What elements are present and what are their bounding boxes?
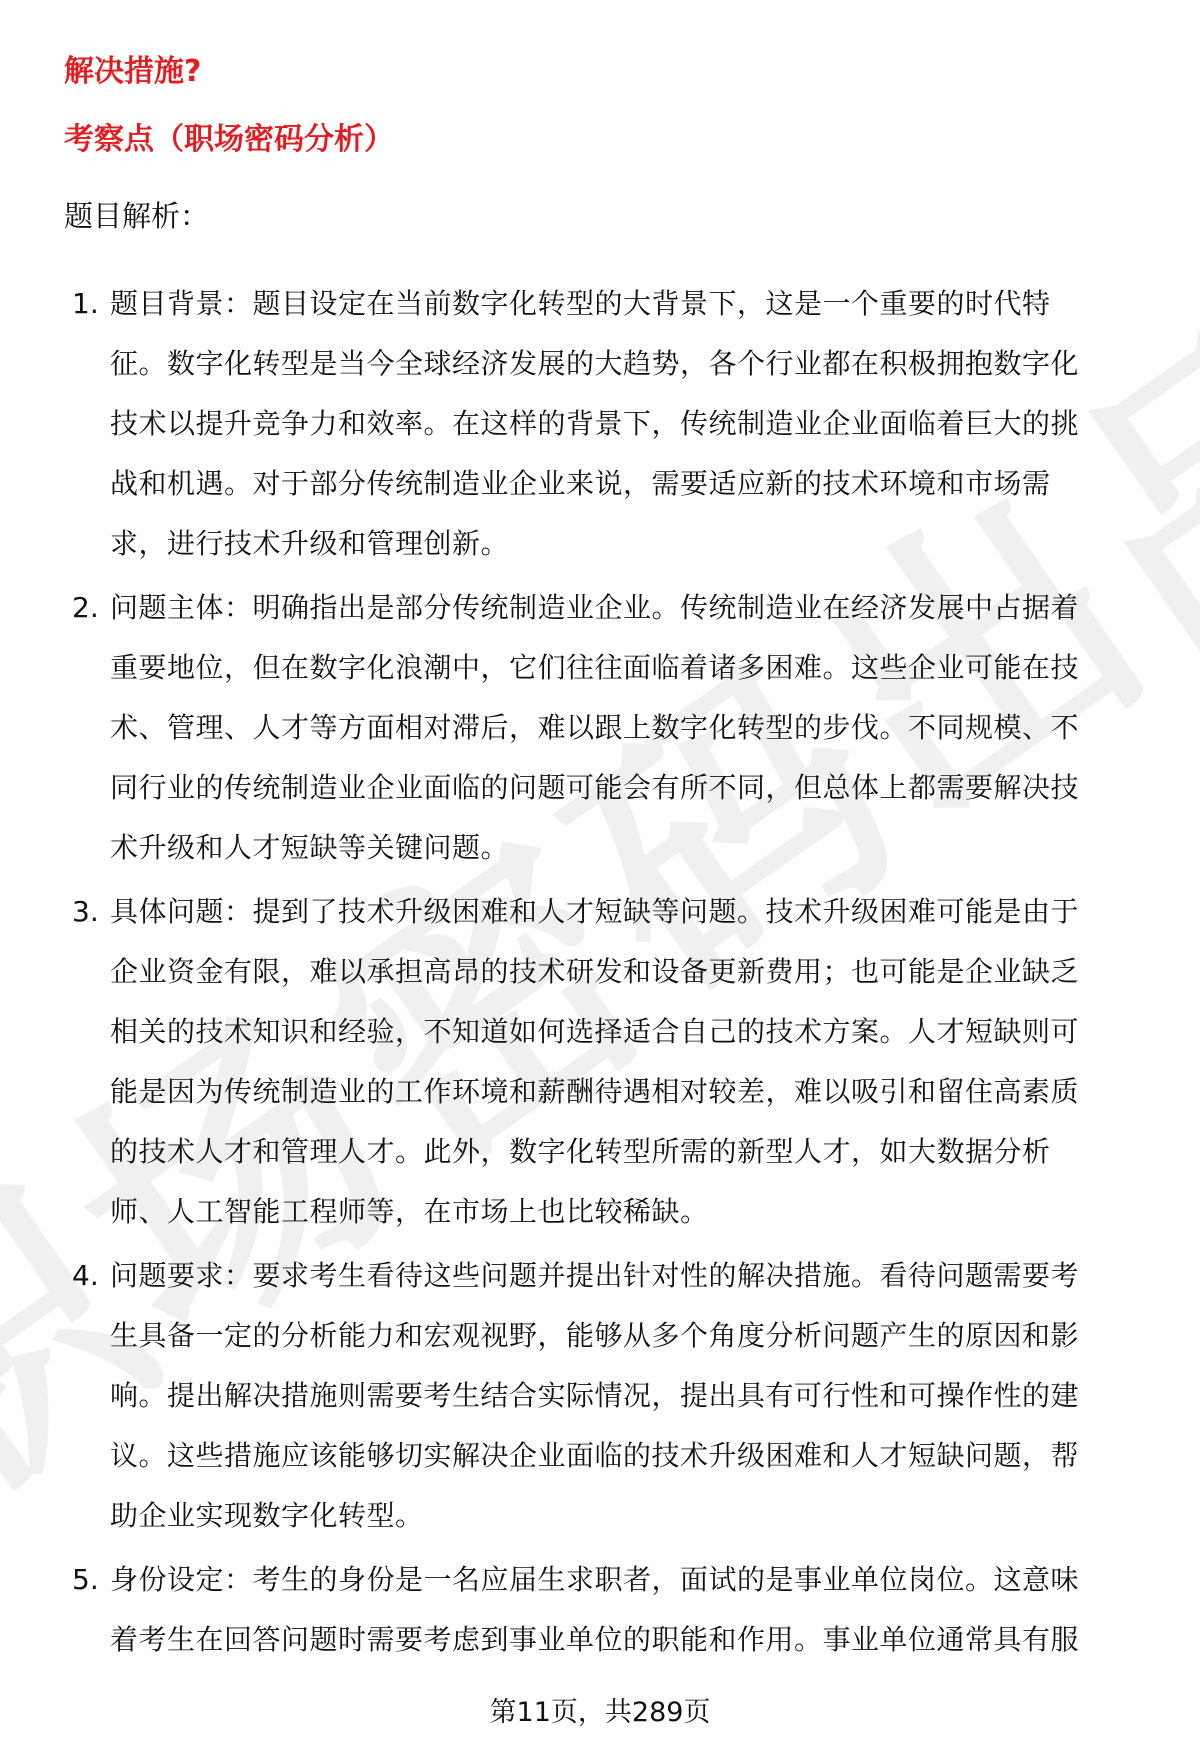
list-item: 4. 问题要求：要求考生看待这些问题并提出针对性的解决措施。看待问题需要考 生具… <box>64 1246 1144 1546</box>
text-line: 题目背景：题目设定在当前数字化转型的大背景下，这是一个重要的时代特 <box>110 274 1144 334</box>
analysis-list: 1. 题目背景：题目设定在当前数字化转型的大背景下，这是一个重要的时代特 征。数… <box>64 274 1144 1670</box>
text-line: 响。提出解决措施则需要考生结合实际情况，提出具有可行性和可操作性的建 <box>110 1366 1144 1426</box>
intro-label: 题目解析： <box>64 200 1144 232</box>
text-line: 助企业实现数字化转型。 <box>110 1486 1144 1546</box>
text-line: 技术以提升竞争力和效率。在这样的背景下，传统制造业企业面临着巨大的挑 <box>110 394 1144 454</box>
list-item-number: 5. <box>64 1550 110 1670</box>
text-line: 术升级和人才短缺等关键问题。 <box>110 818 1144 878</box>
text-line: 企业资金有限，难以承担高昂的技术研发和设备更新费用；也可能是企业缺乏 <box>110 942 1144 1002</box>
text-line: 相关的技术知识和经验，不知道如何选择适合自己的技术方案。人才短缺则可 <box>110 1002 1144 1062</box>
text-line: 能是因为传统制造业的工作环境和薪酬待遇相对较差，难以吸引和留住高素质 <box>110 1062 1144 1122</box>
list-item-number: 3. <box>64 882 110 1242</box>
list-item-text: 问题要求：要求考生看待这些问题并提出针对性的解决措施。看待问题需要考 生具备一定… <box>110 1246 1144 1546</box>
list-item: 1. 题目背景：题目设定在当前数字化转型的大背景下，这是一个重要的时代特 征。数… <box>64 274 1144 574</box>
section-heading-exam-points: 考察点（职场密码分析） <box>64 124 1144 156</box>
text-line: 征。数字化转型是当今全球经济发展的大趋势，各个行业都在积极拥抱数字化 <box>110 334 1144 394</box>
text-line: 问题主体：明确指出是部分传统制造业企业。传统制造业在经济发展中占据着 <box>110 578 1144 638</box>
text-line: 问题要求：要求考生看待这些问题并提出针对性的解决措施。看待问题需要考 <box>110 1246 1144 1306</box>
text-line: 求，进行技术升级和管理创新。 <box>110 514 1144 574</box>
list-item-text: 身份设定：考生的身份是一名应届生求职者，面试的是事业单位岗位。这意味 着考生在回… <box>110 1550 1144 1670</box>
page-number-indicator: 第11页，共289页 <box>0 1690 1200 1729</box>
list-item-text: 题目背景：题目设定在当前数字化转型的大背景下，这是一个重要的时代特 征。数字化转… <box>110 274 1144 574</box>
text-line: 具体问题：提到了技术升级困难和人才短缺等问题。技术升级困难可能是由于 <box>110 882 1144 942</box>
list-item: 5. 身份设定：考生的身份是一名应届生求职者，面试的是事业单位岗位。这意味 着考… <box>64 1550 1144 1670</box>
list-item: 2. 问题主体：明确指出是部分传统制造业企业。传统制造业在经济发展中占据着 重要… <box>64 578 1144 878</box>
list-item-text: 问题主体：明确指出是部分传统制造业企业。传统制造业在经济发展中占据着 重要地位，… <box>110 578 1144 878</box>
list-item-text: 具体问题：提到了技术升级困难和人才短缺等问题。技术升级困难可能是由于 企业资金有… <box>110 882 1144 1242</box>
text-line: 着考生在回答问题时需要考虑到事业单位的职能和作用。事业单位通常具有服 <box>110 1610 1144 1670</box>
list-item-number: 2. <box>64 578 110 878</box>
text-line: 战和机遇。对于部分传统制造业企业来说，需要适应新的技术环境和市场需 <box>110 454 1144 514</box>
page-content: 解决措施? 考察点（职场密码分析） 题目解析： 1. 题目背景：题目设定在当前数… <box>0 0 1200 1670</box>
section-heading-solution: 解决措施? <box>64 56 1144 88</box>
list-item: 3. 具体问题：提到了技术升级困难和人才短缺等问题。技术升级困难可能是由于 企业… <box>64 882 1144 1242</box>
text-line: 身份设定：考生的身份是一名应届生求职者，面试的是事业单位岗位。这意味 <box>110 1550 1144 1610</box>
text-line: 生具备一定的分析能力和宏观视野，能够从多个角度分析问题产生的原因和影 <box>110 1306 1144 1366</box>
text-line: 术、管理、人才等方面相对滞后，难以跟上数字化转型的步伐。不同规模、不 <box>110 698 1144 758</box>
text-line: 师、人工智能工程师等，在市场上也比较稀缺。 <box>110 1182 1144 1242</box>
text-line: 重要地位，但在数字化浪潮中，它们往往面临着诸多困难。这些企业可能在技 <box>110 638 1144 698</box>
text-line: 议。这些措施应该能够切实解决企业面临的技术升级困难和人才短缺问题，帮 <box>110 1426 1144 1486</box>
list-item-number: 4. <box>64 1246 110 1546</box>
text-line: 的技术人才和管理人才。此外，数字化转型所需的新型人才，如大数据分析 <box>110 1122 1144 1182</box>
document-page: 职场密码出品 解决措施? 考察点（职场密码分析） 题目解析： 1. 题目背景：题… <box>0 0 1200 1755</box>
text-line: 同行业的传统制造业企业面临的问题可能会有所不同，但总体上都需要解决技 <box>110 758 1144 818</box>
list-item-number: 1. <box>64 274 110 574</box>
